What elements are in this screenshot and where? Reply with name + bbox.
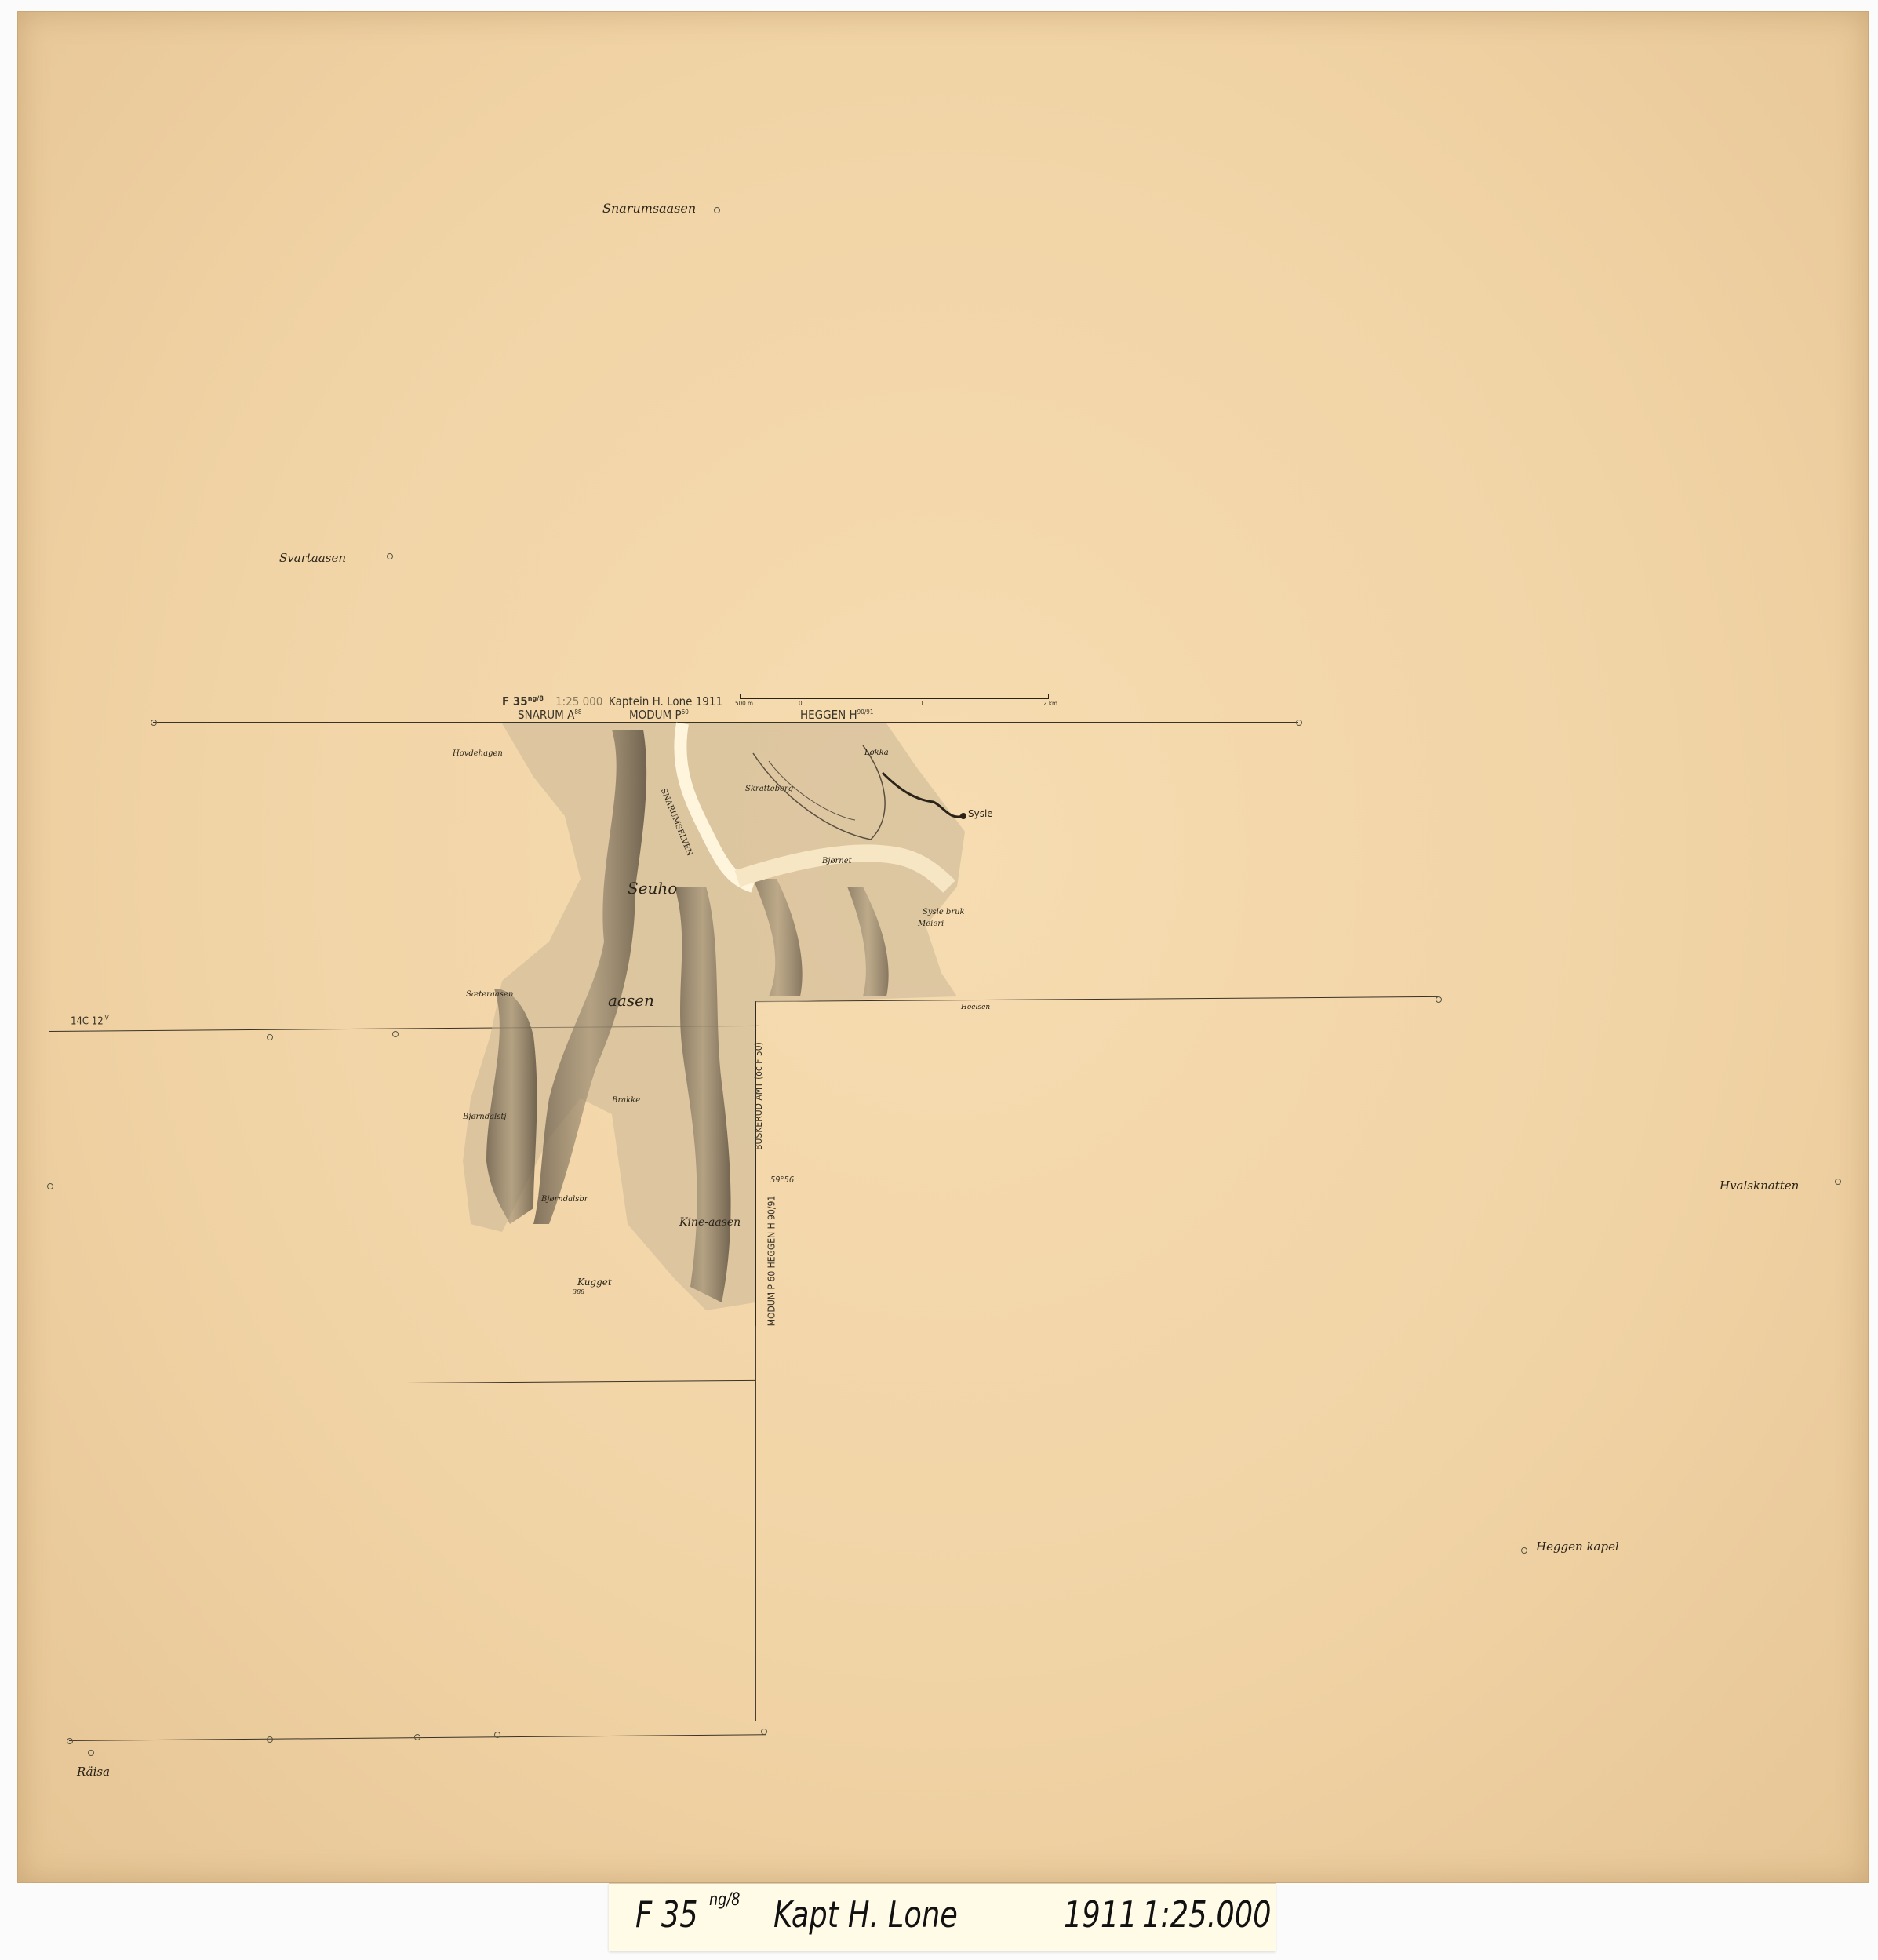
place-saeteraasen: Sæteraasen [466, 990, 513, 999]
place-sysle: Sysle [968, 808, 993, 819]
border-label-modum-heggen: MODUM P 60 HEGGEN H 90/91 [766, 1196, 777, 1327]
place-kine-aasen: Kine-aasen [679, 1216, 741, 1229]
topographic-survey-area [0, 0, 1878, 1960]
catalog-label: F 35 ng/8 Kapt H. Lone 1911 1:25.000 [609, 1883, 1276, 1951]
latitude-label: 59°56' [770, 1175, 796, 1185]
place-kugget-elev: 388 [573, 1288, 584, 1295]
place-hoelsen: Hoelsen [961, 1004, 990, 1011]
place-bjornet: Bjørnet [822, 857, 852, 865]
catalog-scale: 1:25.000 [1142, 1893, 1272, 1936]
place-bjorndalstj: Bjørndalstj [463, 1113, 507, 1121]
catalog-year: 1911 [1064, 1893, 1137, 1936]
place-kugget: Kugget [577, 1277, 612, 1288]
catalog-fraction: ng/8 [709, 1890, 740, 1910]
place-seuho: Seuho [628, 879, 677, 898]
place-skratteberg: Skratteberg [745, 785, 793, 793]
catalog-sheet: F 35 [635, 1893, 698, 1936]
place-sysle-bruk: Sysle bruk [923, 908, 965, 916]
place-aasen: aasen [608, 991, 654, 1010]
border-label-buskerud: BUSKERUD AMT (oc F 50) [753, 1042, 764, 1150]
place-brakke: Brakke [612, 1096, 640, 1105]
place-hovdehagen: Hovdehagen [453, 749, 503, 758]
catalog-author: Kapt H. Lone [773, 1893, 958, 1936]
place-bjorndalsbr: Bjørndalsbr [541, 1195, 588, 1204]
place-meieri: Meieri [918, 920, 944, 928]
place-lokka: Løkka [864, 749, 889, 757]
